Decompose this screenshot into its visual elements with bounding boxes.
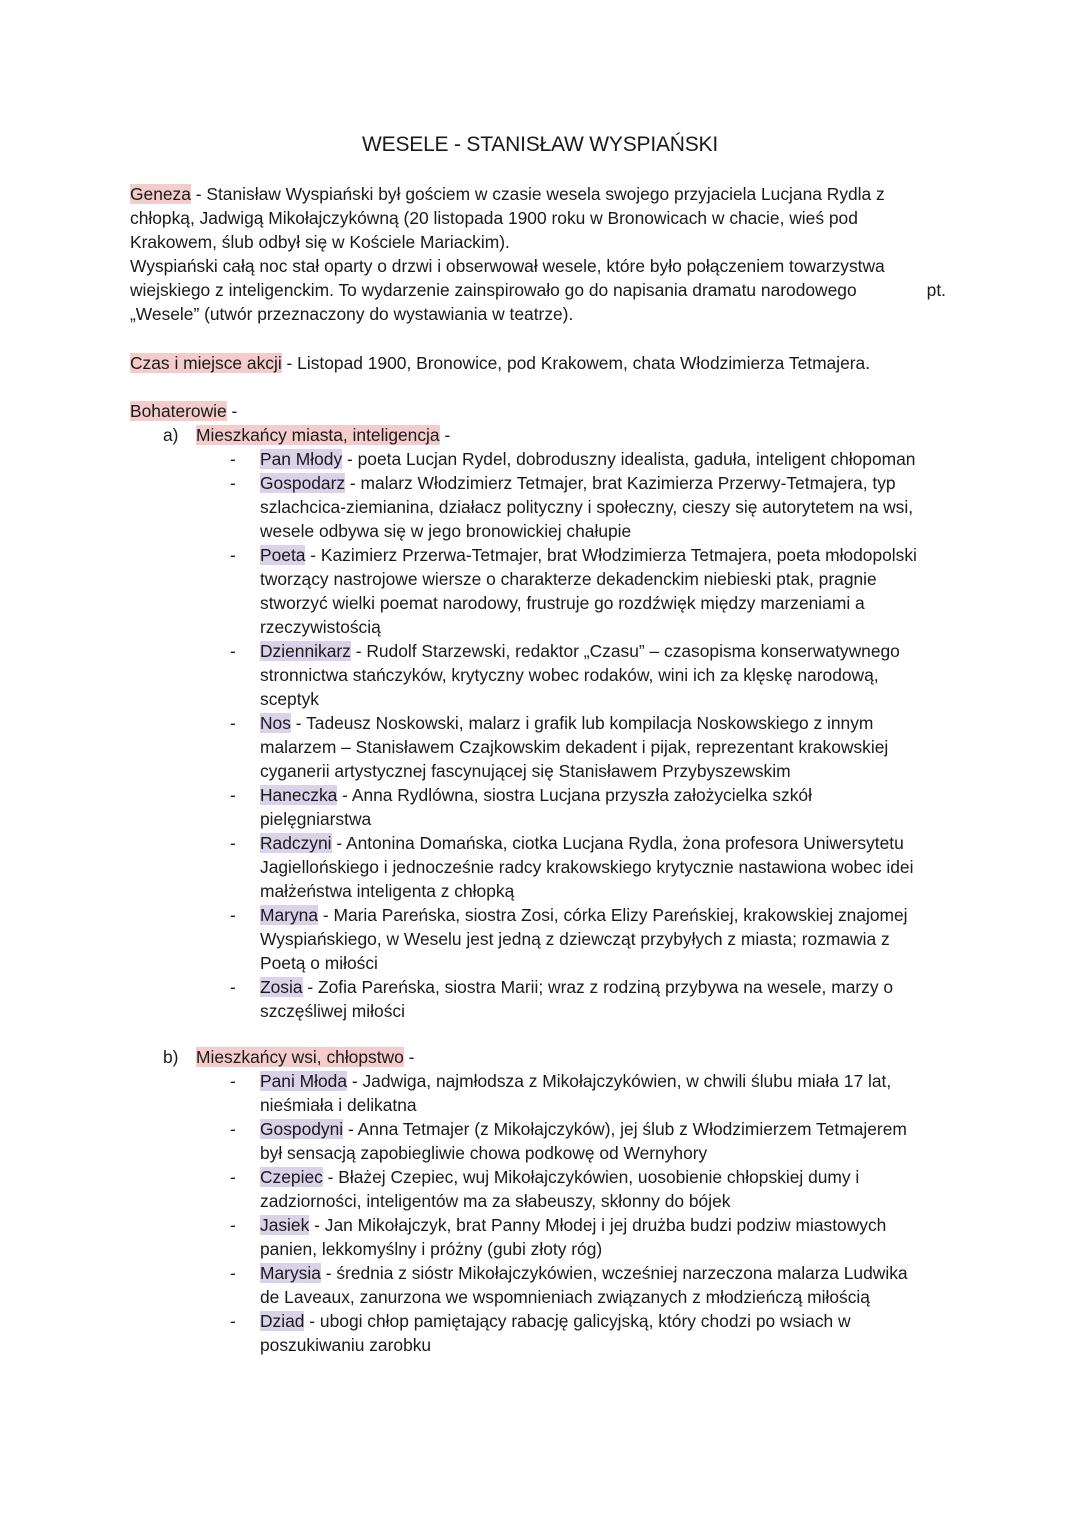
bullet-dash: - [230, 447, 236, 471]
geneza-section: Geneza - Stanisław Wyspiański był goście… [130, 182, 960, 326]
character-name: Marysia [260, 1263, 321, 1283]
group-heading: Mieszkańcy wsi, chłopstwo [196, 1047, 404, 1067]
bullet-dash: - [230, 471, 236, 495]
character-name: Poeta [260, 545, 305, 565]
bullet-dash: - [230, 1165, 236, 1189]
character-item: -Pan Młody - poeta Lucjan Rydel, dobrodu… [260, 447, 950, 471]
bullet-dash: - [230, 1117, 236, 1141]
character-name: Czepiec [260, 1167, 323, 1187]
character-name: Zosia [260, 977, 303, 997]
character-item: -Haneczka - Anna Rydlówna, siostra Lucja… [260, 783, 950, 831]
bullet-dash: - [230, 1213, 236, 1237]
character-item: -Pani Młoda - Jadwiga, najmłodsza z Miko… [260, 1069, 950, 1117]
group-heading: Mieszkańcy miasta, inteligencja [196, 425, 440, 445]
group-marker: a) [163, 423, 178, 447]
character-name: Haneczka [260, 785, 337, 805]
bullet-dash: - [230, 1069, 236, 1093]
character-name: Radczyni [260, 833, 332, 853]
character-item: -Maryna - Maria Pareńska, siostra Zosi, … [260, 903, 950, 975]
character-name: Maryna [260, 905, 318, 925]
character-item: -Radczyni - Antonina Domańska, ciotka Lu… [260, 831, 950, 903]
character-item: -Czepiec - Błażej Czepiec, wuj Mikołajcz… [260, 1165, 950, 1213]
character-item: -Zosia - Zofia Pareńska, siostra Marii; … [260, 975, 950, 1023]
bullet-dash: - [230, 639, 236, 663]
bullet-dash: - [230, 1261, 236, 1285]
character-name: Pani Młoda [260, 1071, 347, 1091]
bullet-dash: - [230, 903, 236, 927]
bullet-dash: - [230, 711, 236, 735]
czas-heading: Czas i miejsce akcji [130, 353, 282, 373]
character-name: Dziennikarz [260, 641, 351, 661]
character-name: Dziad [260, 1311, 304, 1331]
character-item: -Jasiek - Jan Mikołajczyk, brat Panny Mł… [260, 1213, 950, 1261]
bullet-dash: - [230, 1309, 236, 1333]
bohaterowie-heading: Bohaterowie [130, 401, 227, 421]
character-item: -Dziennikarz - Rudolf Starzewski, redakt… [260, 639, 950, 711]
character-name: Nos [260, 713, 291, 733]
group-marker: b) [163, 1045, 178, 1069]
geneza-heading: Geneza [130, 184, 191, 204]
character-item: -Gospodyni - Anna Tetmajer (z Mikołajczy… [260, 1117, 950, 1165]
character-item: -Poeta - Kazimierz Przerwa-Tetmajer, bra… [260, 543, 950, 639]
bullet-dash: - [230, 783, 236, 807]
character-item: -Marysia - średnia z sióstr Mikołajczykó… [260, 1261, 950, 1309]
bullet-dash: - [230, 975, 236, 999]
bullet-dash: - [230, 831, 236, 855]
bullet-dash: - [230, 543, 236, 567]
bohaterowie-heading-row: Bohaterowie - [130, 399, 960, 423]
character-name: Pan Młody [260, 449, 342, 469]
document-title: WESELE - STANISŁAW WYSPIAŃSKI [130, 133, 950, 157]
character-item: -Dziad - ubogi chłop pamiętający rabację… [260, 1309, 950, 1357]
character-item: -Nos - Tadeusz Noskowski, malarz i grafi… [260, 711, 950, 783]
character-name: Gospodarz [260, 473, 345, 493]
czas-section: Czas i miejsce akcji - Listopad 1900, Br… [130, 351, 960, 375]
character-name: Jasiek [260, 1215, 309, 1235]
character-name: Gospodyni [260, 1119, 343, 1139]
character-item: -Gospodarz - malarz Włodzimierz Tetmajer… [260, 471, 950, 543]
